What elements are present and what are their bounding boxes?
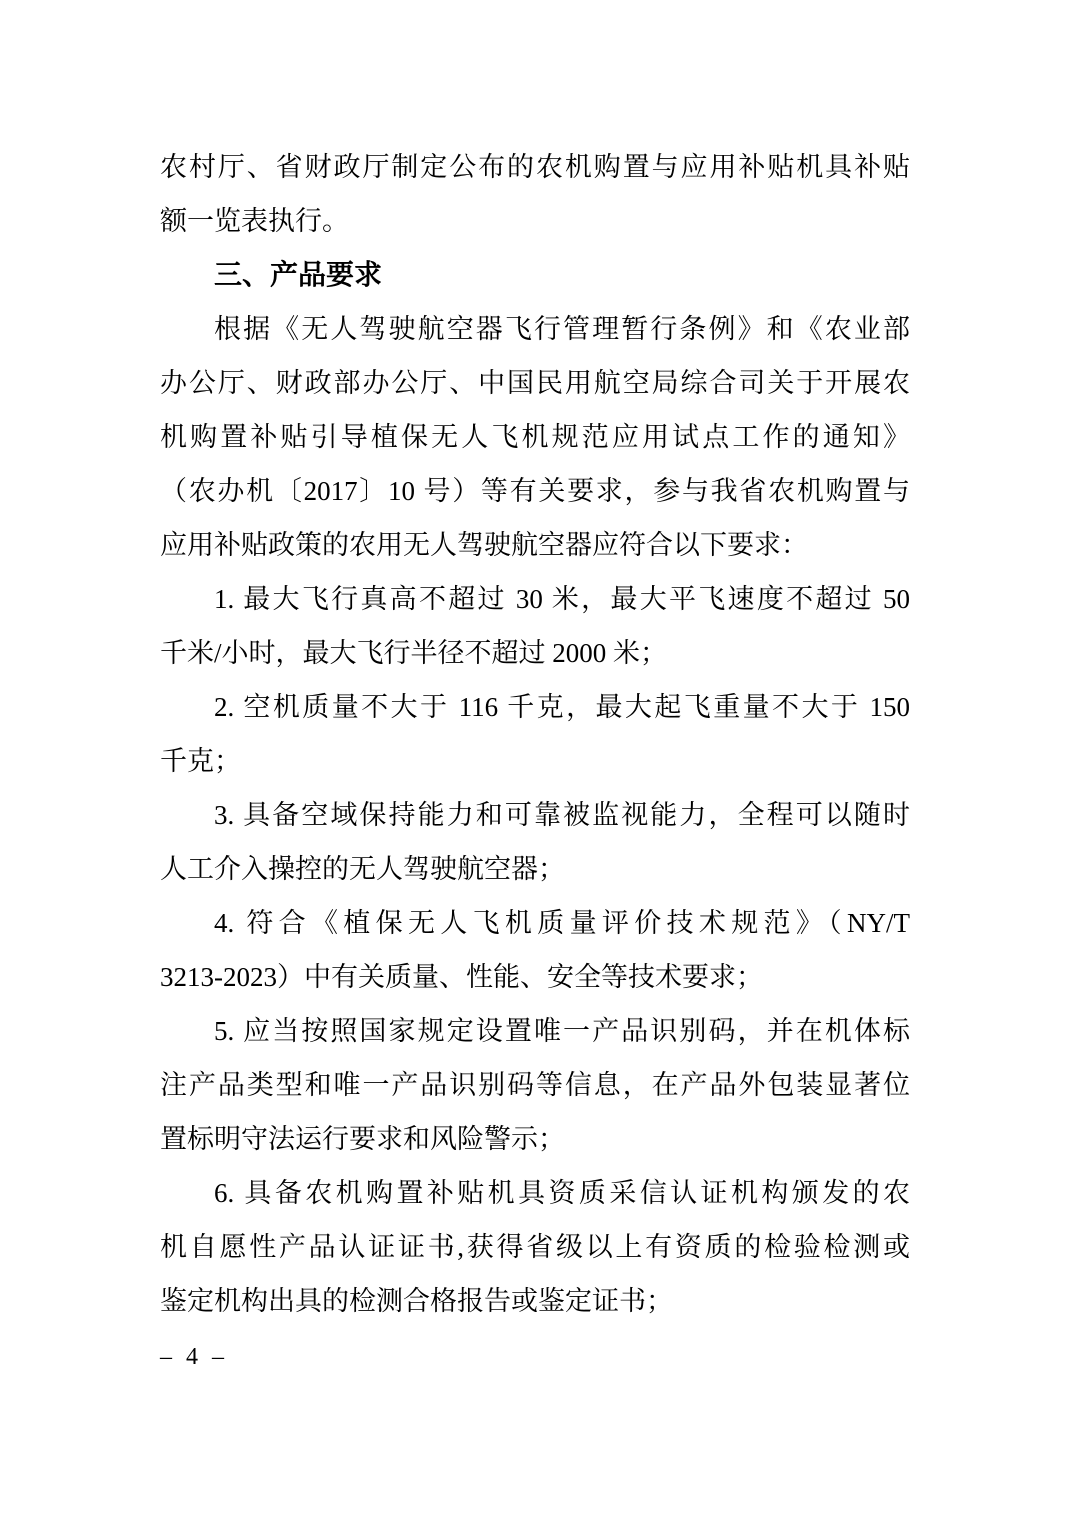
- body-line: 鉴定机构出具的检测合格报告或鉴定证书；: [160, 1274, 910, 1328]
- body-line: 注产品类型和唯一产品识别码等信息，在产品外包装显著位: [160, 1058, 910, 1112]
- body-line: 应用补贴政策的农用无人驾驶航空器应符合以下要求：: [160, 518, 910, 572]
- document-page: 农村厅、省财政厅制定公布的农机购置与应用补贴机具补贴 额一览表执行。 三、产品要…: [0, 0, 1074, 1520]
- body-line: 4. 符合《植保无人飞机质量评价技术规范》（NY/T: [160, 896, 910, 950]
- body-line: 办公厅、财政部办公厅、中国民用航空局综合司关于开展农: [160, 356, 910, 410]
- body-line: 3213-2023）中有关质量、性能、安全等技术要求；: [160, 950, 910, 1004]
- document-body: 农村厅、省财政厅制定公布的农机购置与应用补贴机具补贴 额一览表执行。 三、产品要…: [160, 140, 910, 1328]
- body-line: 人工介入操控的无人驾驶航空器；: [160, 842, 910, 896]
- body-line: 千克；: [160, 734, 910, 788]
- page-number: – 4 –: [160, 1342, 228, 1372]
- body-line: 置标明守法运行要求和风险警示；: [160, 1112, 910, 1166]
- body-line: 2. 空机质量不大于 116 千克，最大起飞重量不大于 150: [160, 680, 910, 734]
- body-line: 3. 具备空域保持能力和可靠被监视能力，全程可以随时: [160, 788, 910, 842]
- body-line: 机自愿性产品认证证书,获得省级以上有资质的检验检测或: [160, 1220, 910, 1274]
- body-line: （农办机〔2017〕10 号）等有关要求，参与我省农机购置与: [160, 464, 910, 518]
- body-line: 根据《无人驾驶航空器飞行管理暂行条例》和《农业部: [160, 302, 910, 356]
- body-line: 千米/小时，最大飞行半径不超过 2000 米；: [160, 626, 910, 680]
- body-line: 1. 最大飞行真高不超过 30 米，最大平飞速度不超过 50: [160, 572, 910, 626]
- body-line: 额一览表执行。: [160, 194, 910, 248]
- body-line: 机购置补贴引导植保无人飞机规范应用试点工作的通知》: [160, 410, 910, 464]
- body-line: 农村厅、省财政厅制定公布的农机购置与应用补贴机具补贴: [160, 140, 910, 194]
- body-line: 6. 具备农机购置补贴机具资质采信认证机构颁发的农: [160, 1166, 910, 1220]
- section-heading: 三、产品要求: [160, 248, 910, 302]
- body-line: 5. 应当按照国家规定设置唯一产品识别码，并在机体标: [160, 1004, 910, 1058]
